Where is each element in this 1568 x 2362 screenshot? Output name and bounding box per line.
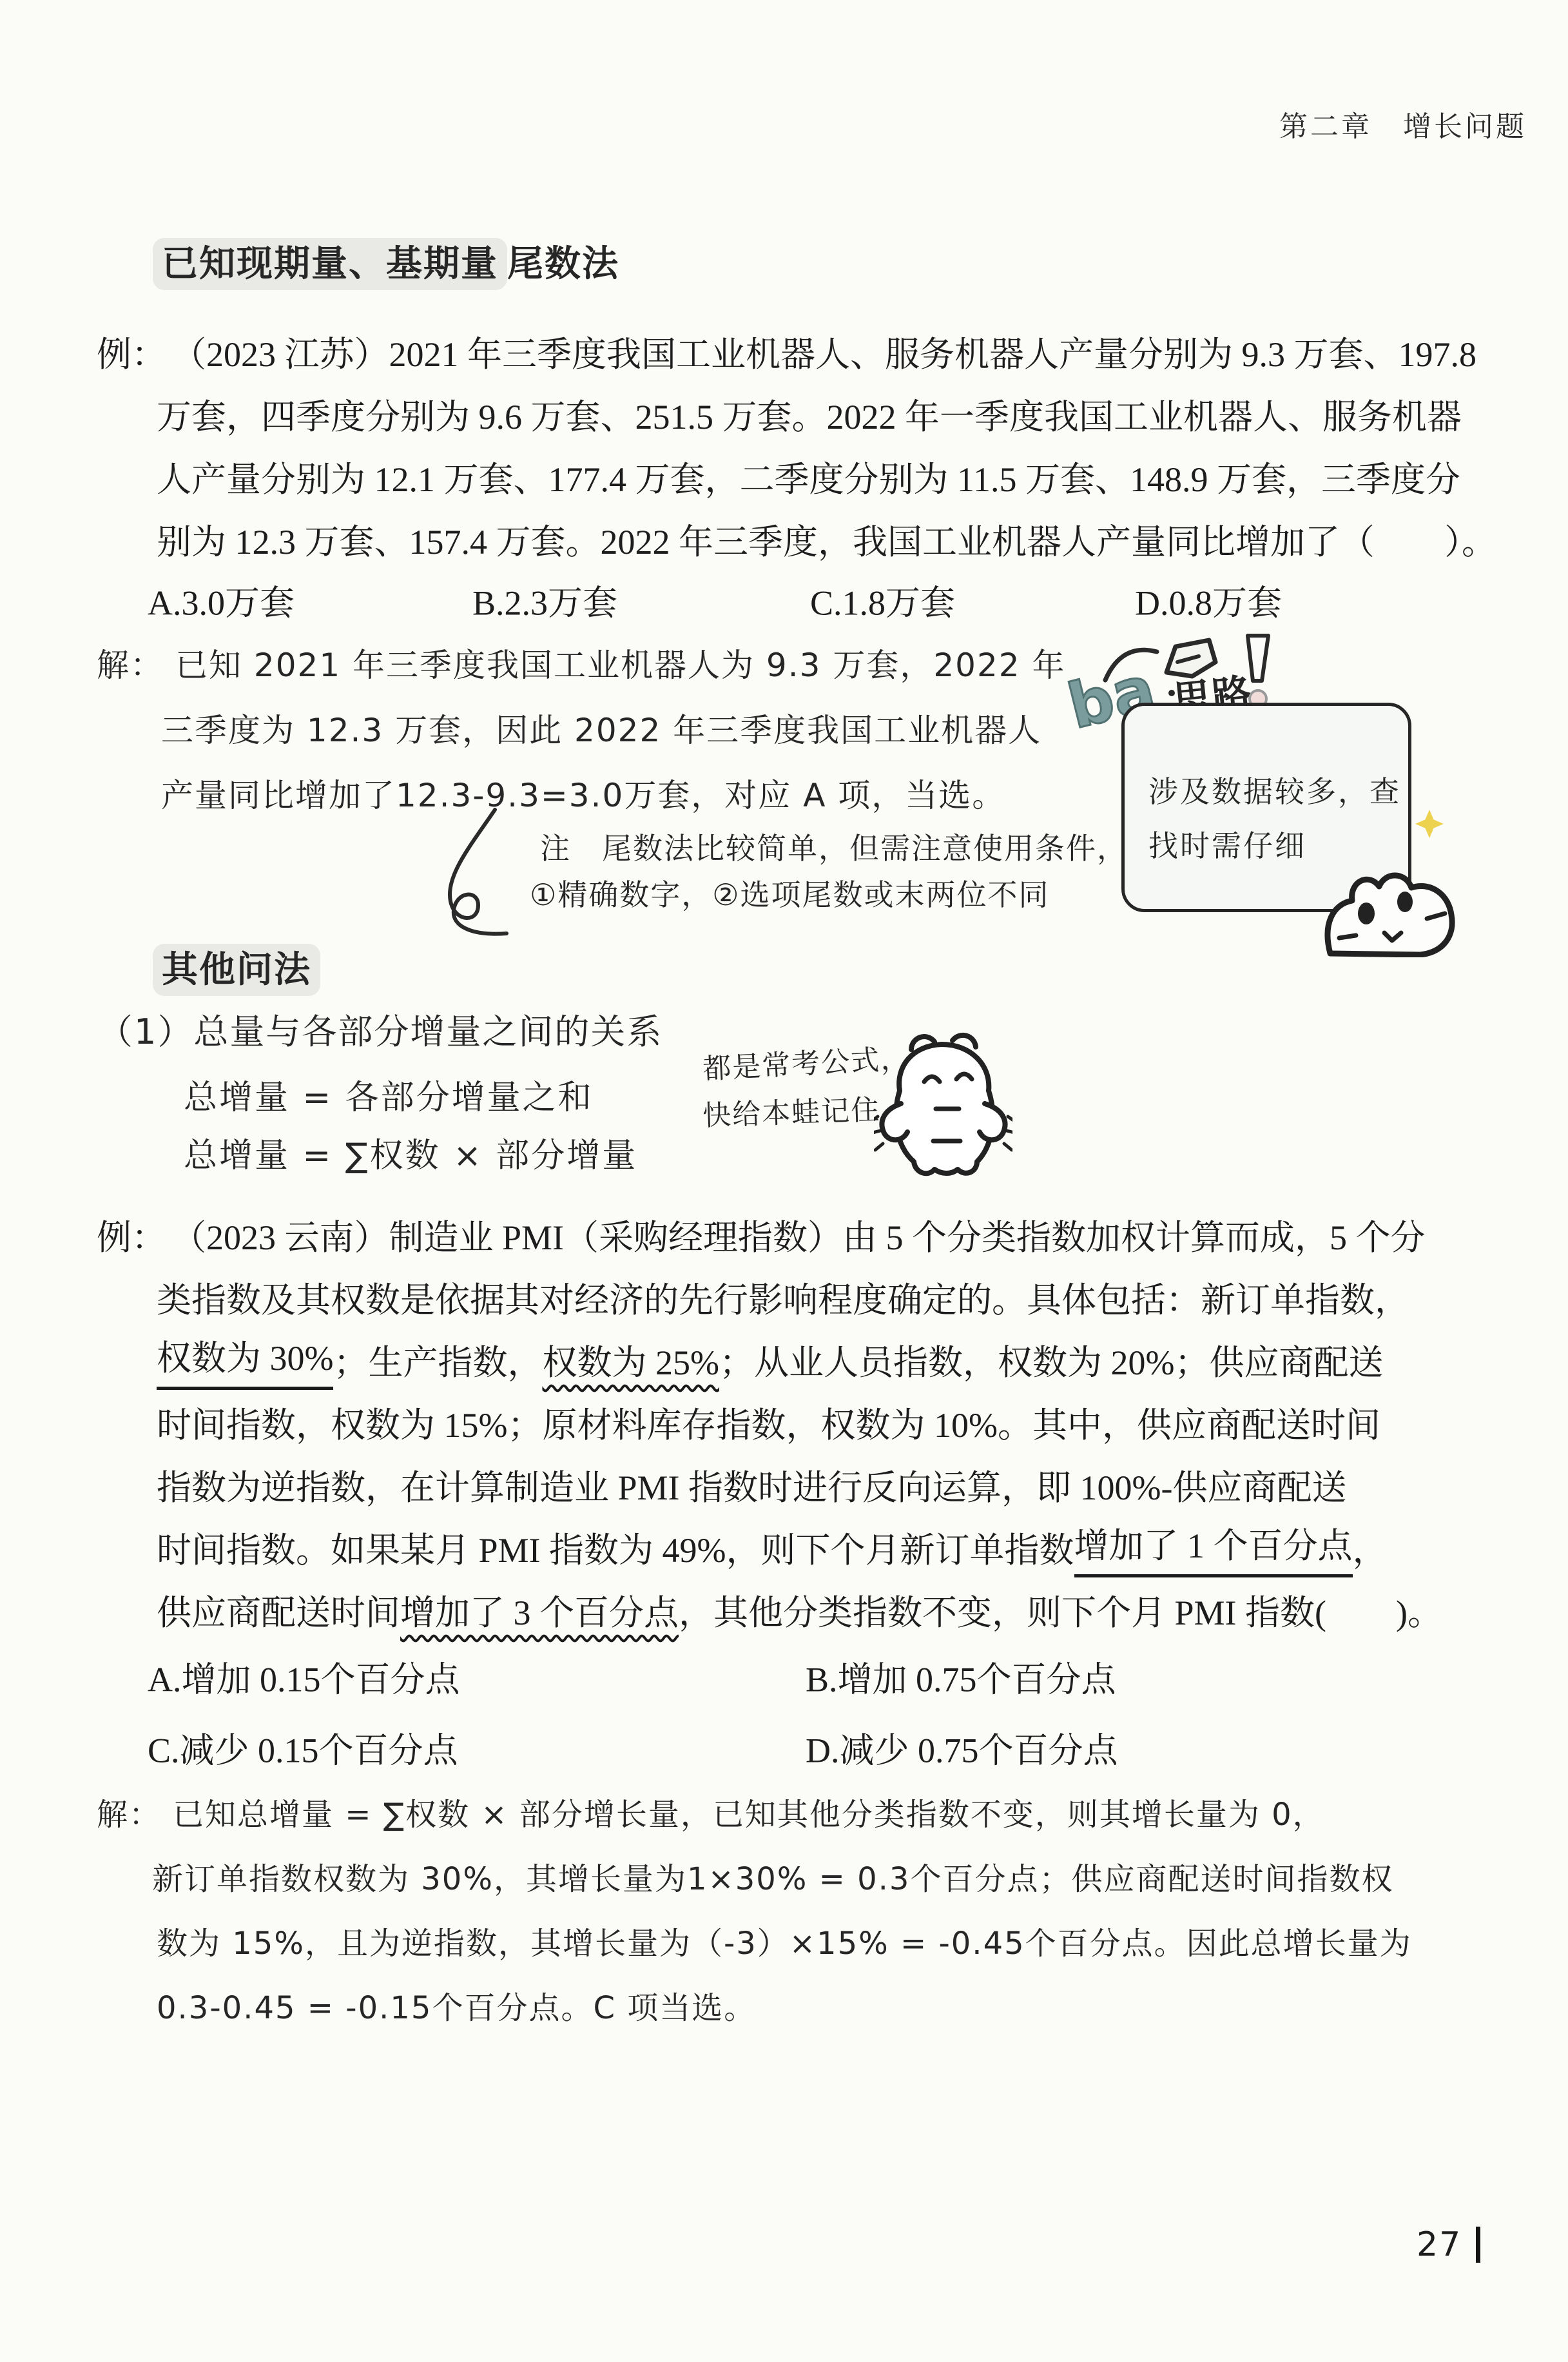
example2-line: 例： （2023 云南）制造业 PMI（采购经理指数）由 5 个分类指数加权计算…: [97, 1204, 1450, 1266]
thought-bubble-text: 涉及数据较多，查: [1148, 768, 1401, 811]
example1-option-a: A.3.0万套: [148, 576, 295, 625]
wavy-weight-25: 权数为 25%: [542, 1335, 719, 1385]
sparkle-icon: [1415, 810, 1444, 838]
section1-heading-highlight: 已知现期量、基期量: [153, 238, 507, 290]
solution1-line1-text: 已知 2021 年三季度我国工业机器人为 9.3 万套，2022 年: [175, 639, 1065, 686]
solution1-line: 产量同比增加了12.3-9.3=3.0万套，对应 A 项，当选。: [97, 760, 1128, 825]
example1-line1-text: （2023 江苏）2021 年三季度我国工业机器人、服务机器人产量分别为 9.3…: [171, 327, 1476, 376]
example1-line: 别为 12.3 万套、157.4 万套。2022 年三季度，我国工业机器人产量同…: [97, 508, 1450, 571]
example2-option-d: D.减少 0.75个百分点: [806, 1723, 1118, 1773]
section2-heading: 其他问法: [153, 941, 320, 993]
example2-line7-rest: ，其他分类指数不变，则下个月 PMI 指数( )。: [679, 1585, 1442, 1635]
note-line1: 注 尾数法比较简单，但需注意使用条件，: [540, 825, 1128, 868]
section1-heading: 已知现期量、基期量尾数法: [153, 235, 619, 287]
section2-heading-highlight: 其他问法: [153, 944, 320, 996]
example2-line: 供应商配送时间 增加了 3 个百分点 ，其他分类指数不变，则下个月 PMI 指数…: [97, 1579, 1450, 1641]
example1-line: 人产量分别为 12.1 万套、177.4 万套，二季度分别为 11.5 万套、1…: [97, 445, 1450, 508]
example1-option-d: D.0.8万套: [1135, 576, 1282, 625]
example2-option-b: B.增加 0.75个百分点: [806, 1652, 1116, 1702]
example2-option-a: A.增加 0.15个百分点: [148, 1652, 460, 1702]
solution2-line: 解： 已知总增量 = ∑权数 × 部分增长量，已知其他分类指数不变，则其增长量为…: [97, 1779, 1450, 1844]
curl-doodle: [418, 806, 511, 944]
example2-line7-text: 供应商配送时间: [157, 1585, 400, 1635]
example1-line: 万套，四季度分别为 9.6 万套、251.5 万套。2022 年一季度我国工业机…: [97, 383, 1450, 445]
solution2: 解： 已知总增量 = ∑权数 × 部分增长量，已知其他分类指数不变，则其增长量为…: [97, 1779, 1450, 2037]
example2-options-cd: C.减少 0.15个百分点 D.减少 0.75个百分点: [97, 1712, 1450, 1783]
solution2-line1-text: 已知总增量 = ∑权数 × 部分增长量，已知其他分类指数不变，则其增长量为 0，: [173, 1790, 1325, 1834]
thought-bubble-text: 找时需仔细: [1148, 823, 1306, 865]
example1-label: 例：: [97, 327, 166, 376]
example2-options-ab: A.增加 0.15个百分点 B.增加 0.75个百分点: [97, 1641, 1450, 1712]
solution1-line: 解： 已知 2021 年三季度我国工业机器人为 9.3 万套，2022 年: [97, 630, 1128, 695]
page-number-bar: [1476, 2227, 1480, 2263]
formula-total-increment-sum: 总增量 = 各部分增量之和: [184, 1070, 594, 1118]
example2-line6-text: 时间指数。如果某月 PMI 指数为 49%，则下个月新订单指数: [157, 1523, 1074, 1572]
example1-options: A.3.0万套 B.2.3万套 C.1.8万套 D.0.8万套: [97, 571, 1450, 630]
example2-line3-rest: ；从业人员指数，权数为 20%；供应商配送: [719, 1335, 1383, 1385]
example2-line: 权数为 30% ；生产指数， 权数为 25% ；从业人员指数，权数为 20%；供…: [97, 1329, 1450, 1391]
waving-frog-doodle: [874, 1026, 1012, 1191]
example2-line: 时间指数。如果某月 PMI 指数为 49%，则下个月新订单指数 增加了 1 个百…: [97, 1516, 1450, 1579]
example2-line: 指数为逆指数，在计算制造业 PMI 指数时进行反向运算，即 100%-供应商配送: [97, 1454, 1450, 1516]
frog-note-text: 快给本蛙记住: [702, 1086, 881, 1134]
solution1-label: 解：: [97, 639, 164, 686]
example2-line6-end: ，: [1353, 1523, 1388, 1572]
section2-subtitle: （1）总量与各部分增量之间的关系: [98, 1004, 663, 1054]
example1-paragraph: 例： （2023 江苏）2021 年三季度我国工业机器人、服务机器人产量分别为 …: [97, 320, 1450, 630]
underlined-plus1pp: 增加了 1 个百分点: [1074, 1518, 1353, 1577]
example1-line: 例： （2023 江苏）2021 年三季度我国工业机器人、服务机器人产量分别为 …: [97, 320, 1450, 383]
example2-paragraph: 例： （2023 云南）制造业 PMI（采购经理指数）由 5 个分类指数加权计算…: [97, 1204, 1450, 1783]
wavy-plus3pp: 增加了 3 个百分点: [400, 1585, 679, 1635]
solution1: 解： 已知 2021 年三季度我国工业机器人为 9.3 万套，2022 年 三季…: [97, 630, 1128, 825]
example1-option-c: C.1.8万套: [810, 576, 955, 625]
solution2-line: 新订单指数权数为 30%，其增长量为1×30% = 0.3个百分点；供应商配送时…: [97, 1844, 1450, 1908]
example2-line3-mid: ；生产指数，: [333, 1335, 542, 1385]
example2-label: 例：: [97, 1210, 166, 1260]
solution2-label: 解：: [97, 1790, 161, 1834]
example1-option-b: B.2.3万套: [472, 576, 617, 625]
example2-option-c: C.减少 0.15个百分点: [148, 1723, 458, 1773]
formula-total-increment-weighted: 总增量 = ∑权数 × 部分增量: [184, 1128, 637, 1176]
page-number: 27: [1417, 2225, 1480, 2264]
page-number-value: 27: [1417, 2225, 1462, 2264]
solution2-line: 0.3-0.45 = -0.15个百分点。C 项当选。: [97, 1973, 1450, 2037]
frog-head-doodle: [1322, 835, 1461, 957]
section1-heading-rest: 尾数法: [507, 243, 619, 285]
example2-line1-text: （2023 云南）制造业 PMI（采购经理指数）由 5 个分类指数加权计算而成，…: [171, 1210, 1426, 1260]
example2-line: 时间指数，权数为 15%；原材料库存指数，权数为 10%。其中，供应商配送时间: [97, 1391, 1450, 1454]
underlined-weight-30: 权数为 30%: [157, 1331, 333, 1390]
example2-line: 类指数及其权数是依据其对经济的先行影响程度确定的。具体包括：新订单指数，: [97, 1266, 1450, 1329]
solution2-line: 数为 15%，且为逆指数，其增长量为（-3）×15% = -0.45个百分点。因…: [97, 1908, 1450, 1973]
solution1-line: 三季度为 12.3 万套，因此 2022 年三季度我国工业机器人: [97, 695, 1128, 760]
note-line2: ①精确数字，②选项尾数或末两位不同: [530, 872, 1049, 914]
chapter-header: 第二章 增长问题: [1279, 103, 1527, 144]
